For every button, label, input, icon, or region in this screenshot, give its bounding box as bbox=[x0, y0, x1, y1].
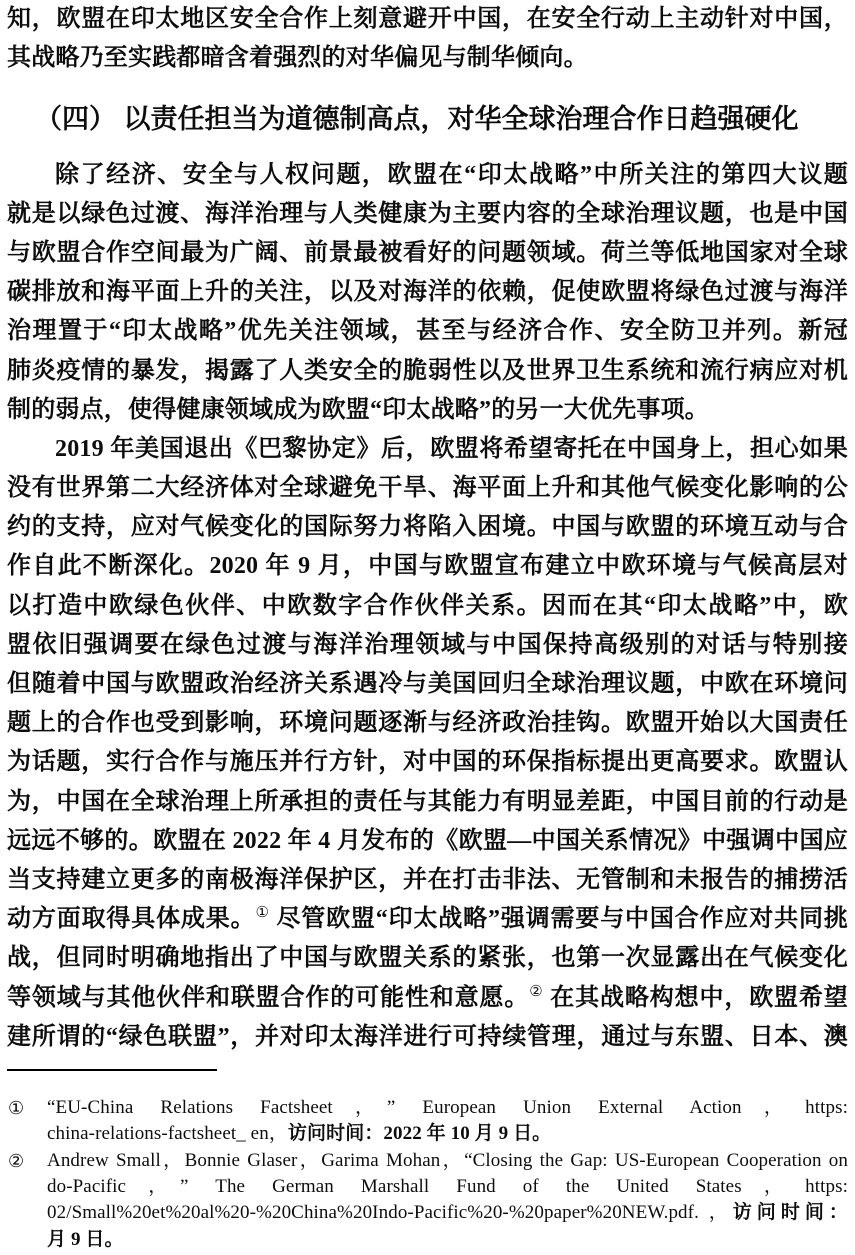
text-line: 动方面取得具体成果。① 尽管欧盟“印太战略”强调需要与中国合作应对共同挑 bbox=[7, 900, 848, 939]
footnote-line: do-Pacific，” The German Marshall Fund of… bbox=[47, 1174, 848, 1200]
footnote-line: “EU-China Relations Factsheet，” European… bbox=[47, 1095, 848, 1121]
footnote: ①“EU-China Relations Factsheet，” Europea… bbox=[7, 1095, 848, 1148]
text-line: 制的弱点，使得健康领域成为欧盟“印太战略”的另一大优先事项。 bbox=[7, 391, 848, 430]
text-line: 肺炎疫情的暴发，揭露了人类安全的脆弱性以及世界卫生系统和流行病应对机 bbox=[7, 352, 848, 391]
paragraph-climate-cooperation: 2019 年美国退出《巴黎协定》后，欧盟将希望寄托在中国身上，担心如果没有世界第… bbox=[7, 430, 848, 1057]
text-line: 远远不够的。欧盟在 2022 年 4 月发布的《欧盟—中国关系情况》中强调中国应 bbox=[7, 822, 848, 861]
footnotes: ①“EU-China Relations Factsheet，” Europea… bbox=[7, 1095, 848, 1253]
text-line: 等领域与其他伙伴和联盟合作的可能性和意愿。② 在其战略构想中，欧盟希望构 bbox=[7, 979, 848, 1018]
footnote-line: 月 9 日。 bbox=[47, 1227, 848, 1253]
text-line: 为话题，实行合作与施压并行方针，对中国的环保指标提出更高要求。欧盟认 bbox=[7, 743, 848, 782]
footnote-ref: ② bbox=[529, 984, 543, 1000]
text-line: 为，中国在全球治理上所承担的责任与其能力有明显差距，中国目前的行动是 bbox=[7, 783, 848, 822]
text-line: 除了经济、安全与人权问题，欧盟在“印太战略”中所关注的第四大议题 bbox=[7, 156, 848, 195]
text-line: 战，但同时明确地指出了中国与欧盟关系的紧张，也第一次显露出在气候变化 bbox=[7, 939, 848, 978]
footnote-separator bbox=[7, 1069, 217, 1071]
paragraph-continuation: 知，欧盟在印太地区安全合作上刻意避开中国，在安全行动上主动针对中国，其战略乃至实… bbox=[7, 0, 848, 78]
text-line: 题上的合作也受到影响，环境问题逐渐与经济政治挂钩。欧盟开始以大国责任 bbox=[7, 704, 848, 743]
section-heading: （四） 以责任担当为道德制高点，对华全球治理合作日趋强硬化 bbox=[7, 100, 848, 139]
footnote-marker: ① bbox=[8, 1095, 24, 1121]
footnote-line: china-relations-factsheet_ en，访问时间：2022 … bbox=[47, 1121, 848, 1147]
footnote-line: 02/Small%20et%20al%20-%20China%20Indo-Pa… bbox=[47, 1200, 848, 1226]
text-line: 碳排放和海平面上升的关注，以及对海洋的依赖，促使欧盟将绿色过渡与海洋 bbox=[7, 273, 848, 312]
text-line: 盟依旧强调要在绿色过渡与海洋治理领域与中国保持高级别的对话与特别接触。 bbox=[7, 626, 848, 665]
text-line: 就是以绿色过渡、海洋治理与人类健康为主要内容的全球治理议题，也是中国 bbox=[7, 195, 848, 234]
document-body: 知，欧盟在印太地区安全合作上刻意避开中国，在安全行动上主动针对中国，其战略乃至实… bbox=[7, 0, 848, 1057]
text-line: 治理置于“印太战略”优先关注领域，甚至与经济合作、安全防卫并列。新冠 bbox=[7, 312, 848, 351]
text-line: 建所谓的“绿色联盟”，并对印太海洋进行可持续管理，通过与东盟、日本、澳 bbox=[7, 1018, 848, 1057]
text-line: 约的支持，应对气候变化的国际努力将陷入困境。中国与欧盟的环境互动与合 bbox=[7, 508, 848, 547]
text-line: 2019 年美国退出《巴黎协定》后，欧盟将希望寄托在中国身上，担心如果 bbox=[7, 430, 848, 469]
footnote-marker: ② bbox=[8, 1148, 24, 1174]
text-line: 没有世界第二大经济体对全球避免干旱、海平面上升和其他气候变化影响的公 bbox=[7, 469, 848, 508]
footnote-ref: ① bbox=[255, 905, 269, 921]
footnote-line: Andrew Small，Bonnie Glaser，Garima Mohan，… bbox=[47, 1148, 848, 1174]
text-line: 但随着中国与欧盟政治经济关系遇冷与美国回归全球治理议题，中欧在环境问 bbox=[7, 665, 848, 704]
text-line: 其战略乃至实践都暗含着强烈的对华偏见与制华倾向。 bbox=[7, 39, 848, 78]
text-line: 以打造中欧绿色伙伴、中欧数字合作伙伴关系。因而在其“印太战略”中，欧 bbox=[7, 587, 848, 626]
page: 知，欧盟在印太地区安全合作上刻意避开中国，在安全行动上主动针对中国，其战略乃至实… bbox=[0, 0, 855, 1255]
text-line: 知，欧盟在印太地区安全合作上刻意避开中国，在安全行动上主动针对中国， bbox=[7, 0, 848, 39]
paragraph-global-governance: 除了经济、安全与人权问题，欧盟在“印太战略”中所关注的第四大议题就是以绿色过渡、… bbox=[7, 156, 848, 430]
footnote: ②Andrew Small，Bonnie Glaser，Garima Mohan… bbox=[7, 1148, 848, 1254]
text-line: 与欧盟合作空间最为广阔、前景最被看好的问题领域。荷兰等低地国家对全球 bbox=[7, 234, 848, 273]
text-line: 当支持建立更多的南极海洋保护区，并在打击非法、无管制和未报告的捕捞活 bbox=[7, 861, 848, 900]
access-date: 访问时间：2022 年 10 月 9 日。 bbox=[288, 1123, 551, 1144]
text-line: 作自此不断深化。2020 年 9 月，中国与欧盟宣布建立中欧环境与气候高层对话， bbox=[7, 547, 848, 586]
access-date: 访问时间：2022 年 10 bbox=[47, 1202, 848, 1226]
